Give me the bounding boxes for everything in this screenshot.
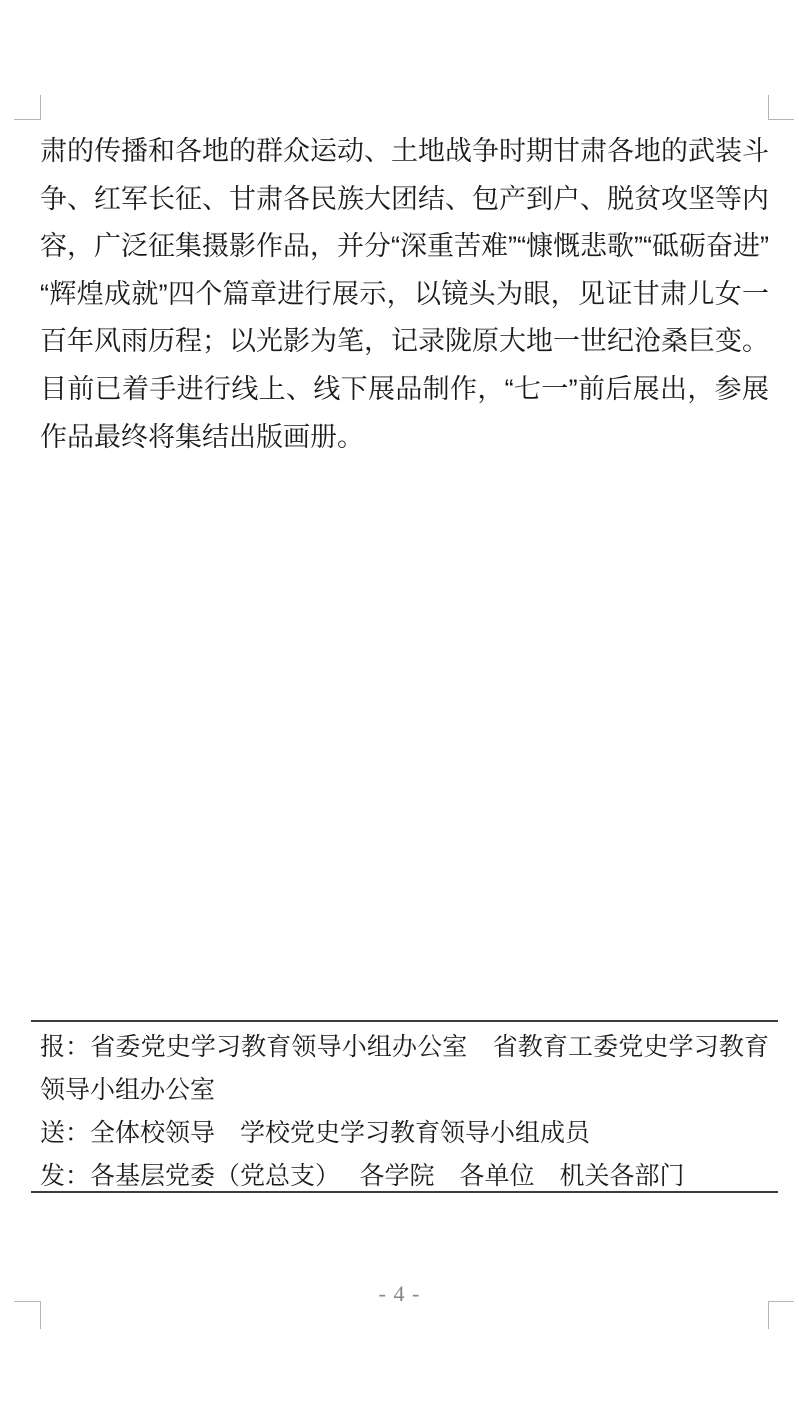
footer-bottom-rule — [31, 1191, 778, 1193]
body-line: 容，广泛征集摄影作品，并分“深重苦难”“慷慨悲歌”“砥砺奋进” — [40, 223, 769, 271]
body-line: 目前已着手进行线上、线下展品制作，“七一”前后展出，参展 — [40, 366, 769, 414]
footer-top-rule — [31, 1020, 778, 1022]
footer-line-song: 送：全体校领导 学校党史学习教育领导小组成员 — [40, 1112, 769, 1155]
text-boundary-mark-top-right — [768, 95, 794, 120]
body-line: 肃的传播和各地的群众运动、土地战争时期甘肃各地的武装斗 — [40, 128, 769, 176]
document-page: 肃的传播和各地的群众运动、土地战争时期甘肃各地的武装斗 争、红军长征、甘肃各民族… — [0, 0, 799, 1422]
page-number: - 4 - — [0, 1281, 799, 1307]
footer-line-bao: 报：省委党史学习教育领导小组办公室 省教育工委党史学习教育 — [40, 1026, 769, 1069]
body-line: “辉煌成就”四个篇章进行展示，以镜头为眼，见证甘肃儿女一 — [40, 271, 769, 319]
body-line: 百年风雨历程；以光影为笔，记录陇原大地一世纪沧桑巨变。 — [40, 318, 769, 366]
distribution-footer: 报：省委党史学习教育领导小组办公室 省教育工委党史学习教育 领导小组办公室 送：… — [40, 1026, 769, 1198]
body-line: 作品最终将集结出版画册。 — [40, 414, 769, 462]
footer-line-bao-continued: 领导小组办公室 — [40, 1069, 769, 1112]
text-boundary-mark-top-left — [14, 95, 41, 120]
body-paragraph: 肃的传播和各地的群众运动、土地战争时期甘肃各地的武装斗 争、红军长征、甘肃各民族… — [40, 128, 769, 461]
body-line: 争、红军长征、甘肃各民族大团结、包产到户、脱贫攻坚等内 — [40, 176, 769, 224]
